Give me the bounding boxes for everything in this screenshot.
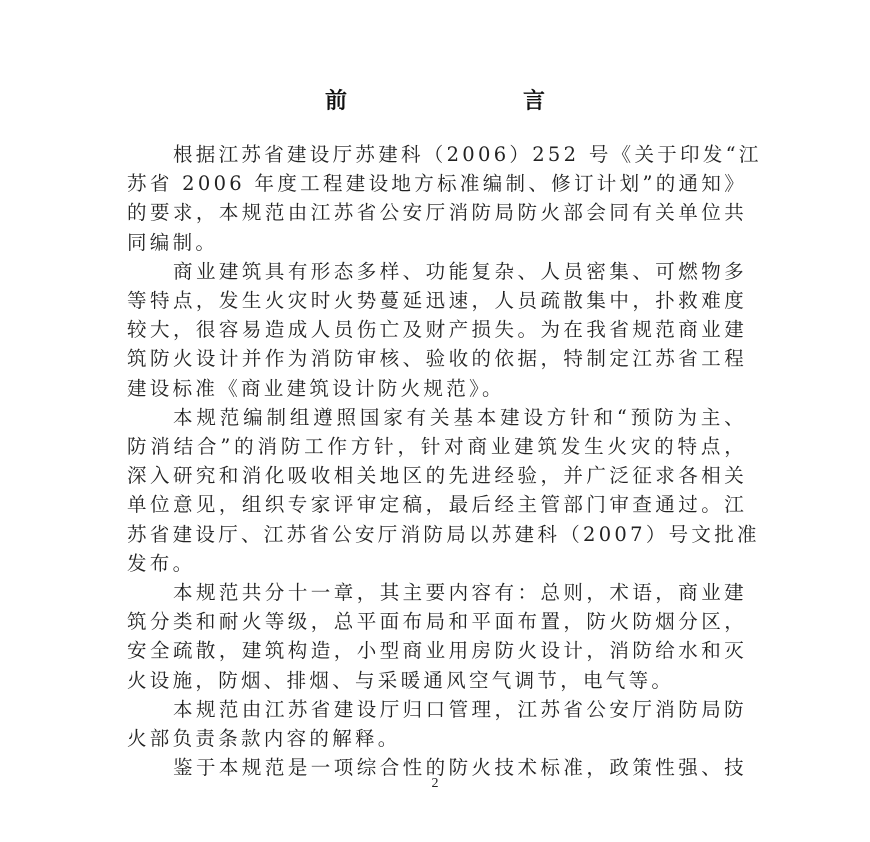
text-line: 防消结合”的消防工作方针，针对商业建筑发生火灾的特点，	[127, 432, 747, 461]
text-line: 苏省建设厅、江苏省公安厅消防局以苏建科（2007）号文批准	[127, 520, 747, 549]
text-line: 安全疏散，建筑构造，小型商业用房防火设计，消防给水和灭	[127, 636, 747, 665]
text-line: 苏省 2006 年度工程建设地方标准编制、修订计划”的通知》	[127, 169, 747, 198]
text-line: 深入研究和消化吸收相关地区的先进经验，并广泛征求各相关	[127, 461, 747, 490]
text-line: 筑分类和耐火等级，总平面布局和平面布置，防火防烟分区，	[127, 607, 747, 636]
paragraph-4: 本规范共分十一章，其主要内容有：总则，术语，商业建 筑分类和耐火等级，总平面布局…	[127, 578, 747, 695]
text-line: 筑防火设计并作为消防审核、验收的依据，特制定江苏省工程	[127, 344, 747, 373]
page-title: 前 言	[0, 84, 870, 115]
text-line: 本规范由江苏省建设厅归口管理，江苏省公安厅消防局防	[127, 695, 747, 724]
text-line: 本规范编制组遵照国家有关基本建设方针和“预防为主、	[127, 403, 747, 432]
paragraph-3: 本规范编制组遵照国家有关基本建设方针和“预防为主、 防消结合”的消防工作方针，针…	[127, 403, 747, 578]
paragraph-1: 根据江苏省建设厅苏建科（2006）252 号《关于印发“江 苏省 2006 年度…	[127, 140, 747, 257]
text-line: 火设施，防烟、排烟、与采暖通风空气调节，电气等。	[127, 666, 747, 695]
text-line: 单位意见，组织专家评审定稿，最后经主管部门审查通过。江	[127, 490, 747, 519]
page-number: 2	[0, 776, 870, 792]
text-line: 发布。	[127, 549, 747, 578]
text-line: 本规范共分十一章，其主要内容有：总则，术语，商业建	[127, 578, 747, 607]
document-page: 前 言 根据江苏省建设厅苏建科（2006）252 号《关于印发“江 苏省 200…	[0, 0, 870, 842]
text-line: 同编制。	[127, 228, 747, 257]
text-line: 的要求，本规范由江苏省公安厅消防局防火部会同有关单位共	[127, 198, 747, 227]
paragraph-2: 商业建筑具有形态多样、功能复杂、人员密集、可燃物多 等特点，发生火灾时火势蔓延迅…	[127, 257, 747, 403]
preface-body: 根据江苏省建设厅苏建科（2006）252 号《关于印发“江 苏省 2006 年度…	[127, 140, 747, 782]
text-line: 较大，很容易造成人员伤亡及财产损失。为在我省规范商业建	[127, 315, 747, 344]
paragraph-5: 本规范由江苏省建设厅归口管理，江苏省公安厅消防局防 火部负责条款内容的解释。	[127, 695, 747, 753]
text-line: 商业建筑具有形态多样、功能复杂、人员密集、可燃物多	[127, 257, 747, 286]
text-line: 火部负责条款内容的解释。	[127, 724, 747, 753]
text-line: 根据江苏省建设厅苏建科（2006）252 号《关于印发“江	[127, 140, 747, 169]
text-line: 等特点，发生火灾时火势蔓延迅速，人员疏散集中，扑救难度	[127, 286, 747, 315]
text-line: 建设标准《商业建筑设计防火规范》。	[127, 374, 747, 403]
